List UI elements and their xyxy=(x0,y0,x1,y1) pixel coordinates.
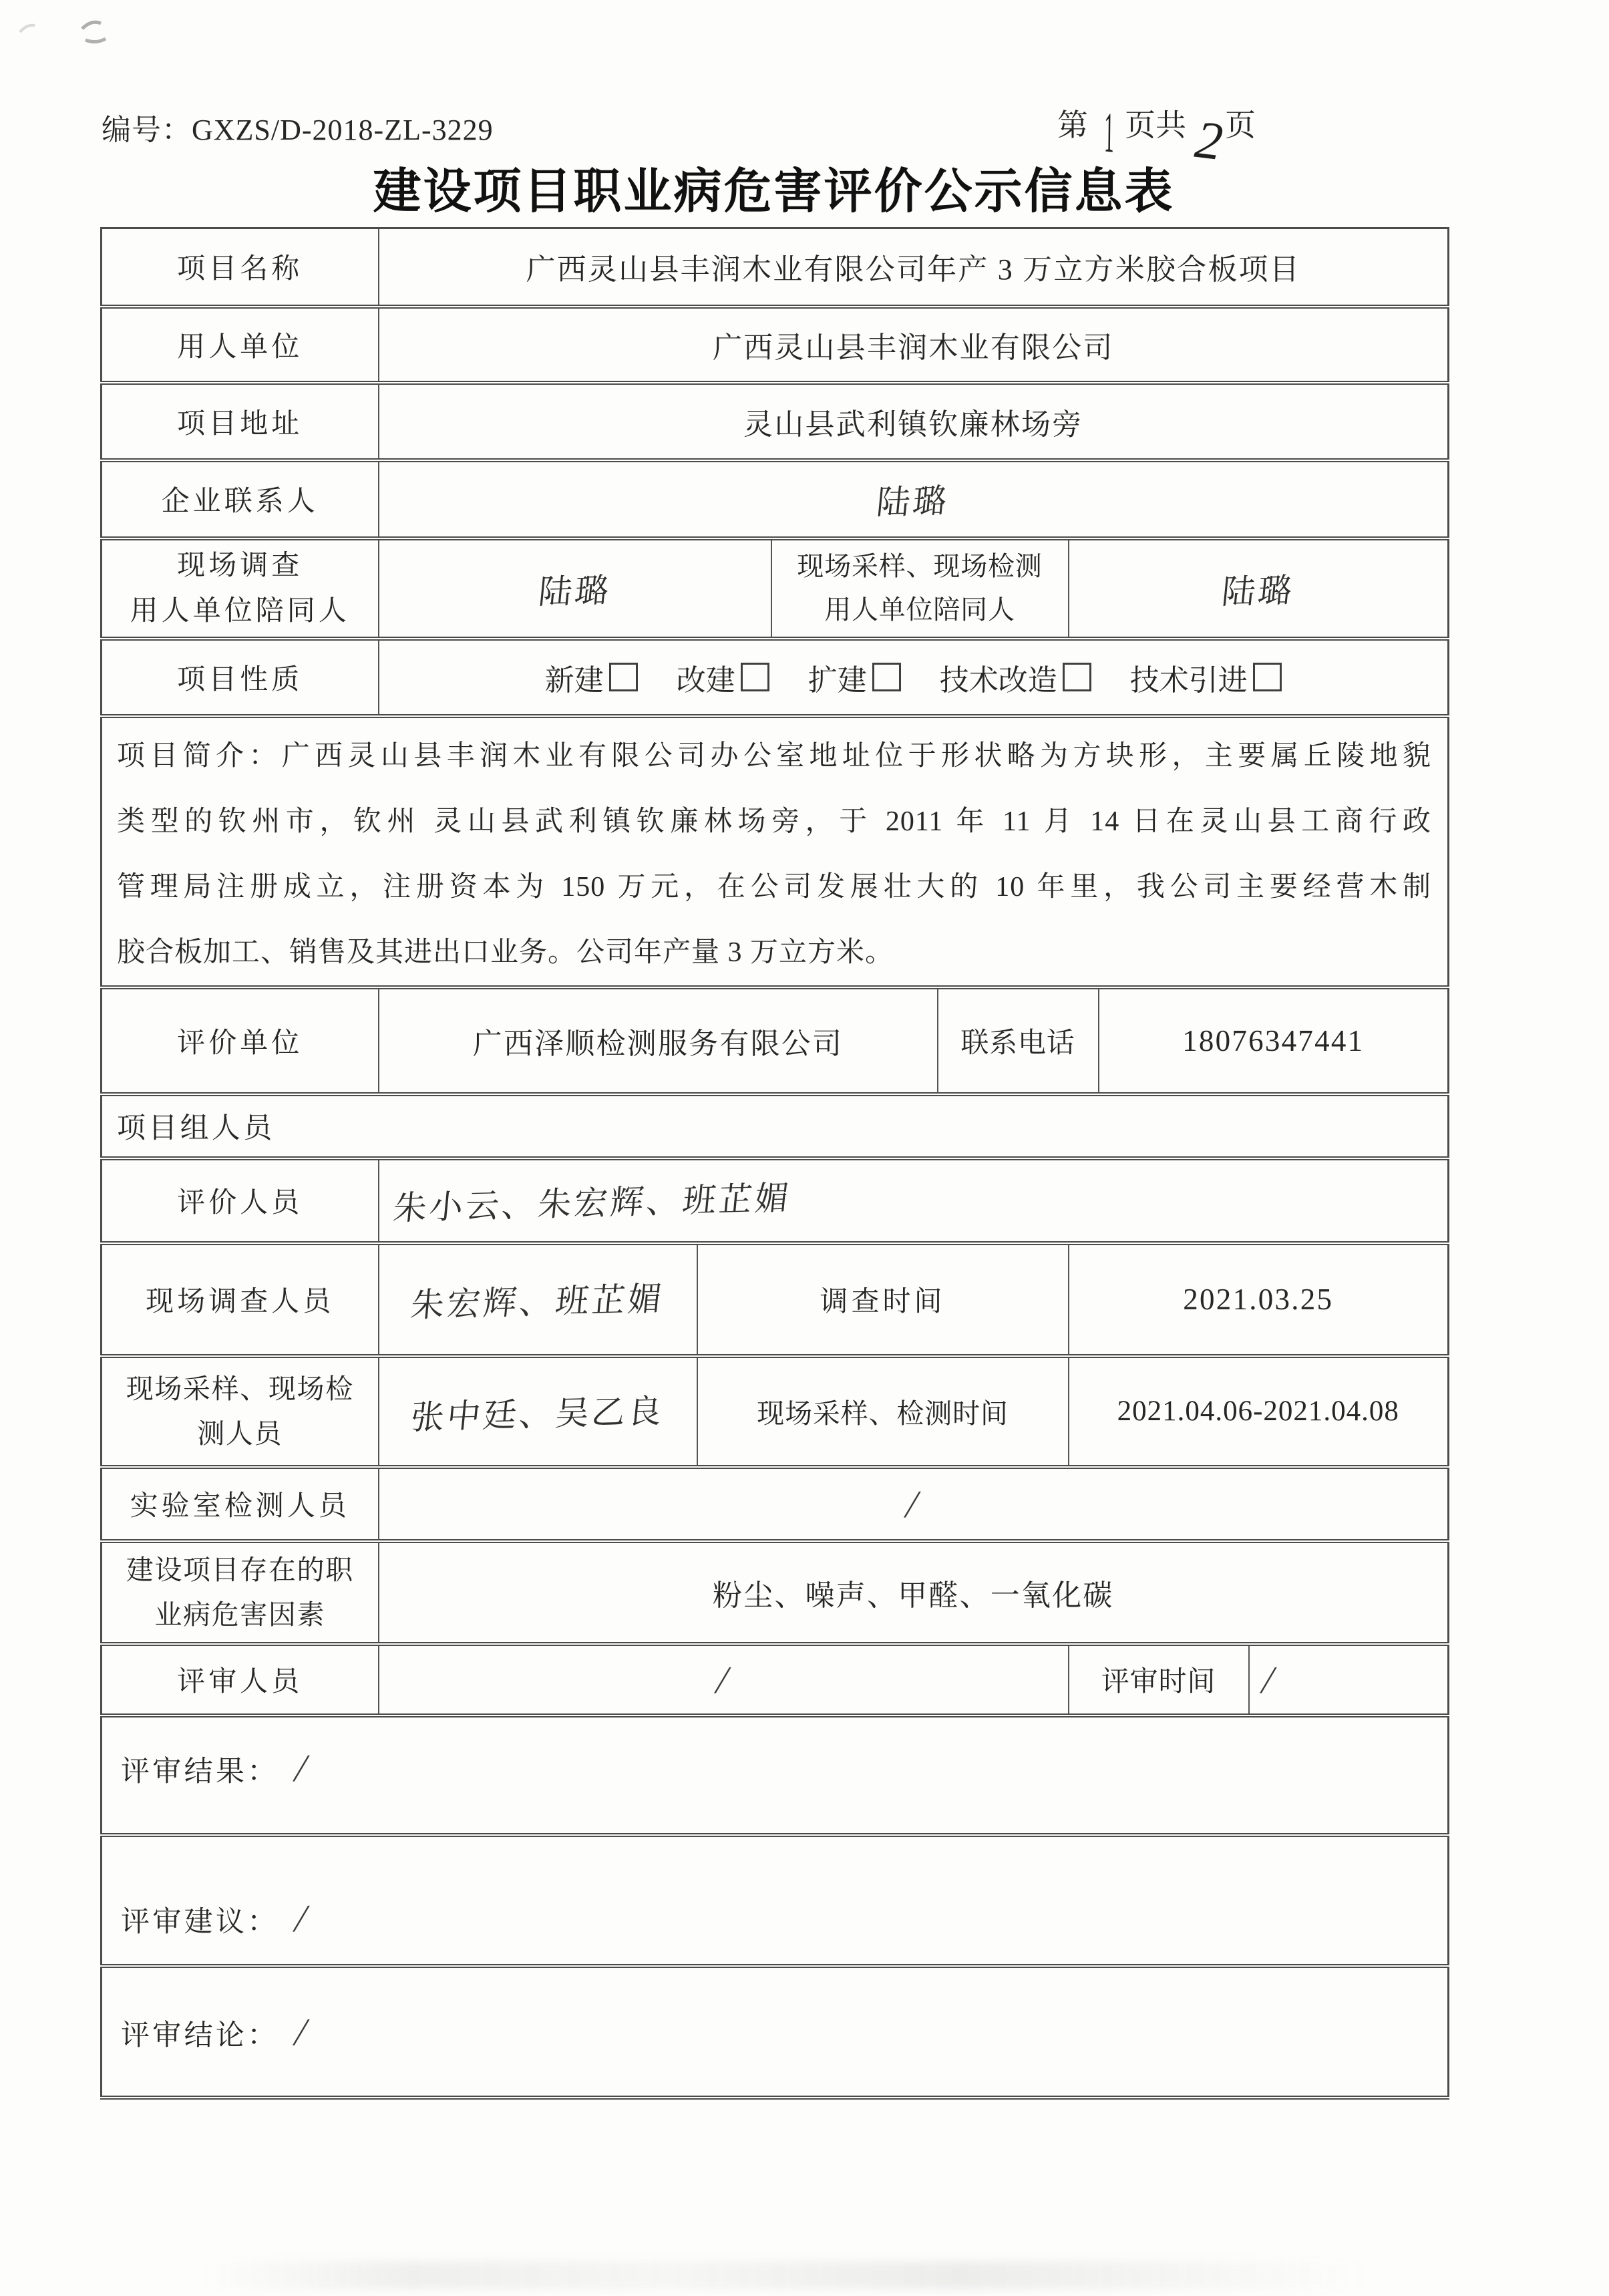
intro-line: 项目简介：广西灵山县丰润木业有限公司办公室地址位于形状略为方块形，主要属丘陵地貌 xyxy=(117,723,1431,789)
hazards-value: 粉尘、噪声、甲醛、一氧化碳 xyxy=(379,1541,1449,1644)
nature-option: 改建 xyxy=(677,656,769,699)
page-suffix: 页 xyxy=(1225,108,1256,142)
review-time-label: 评审时间 xyxy=(1069,1644,1249,1715)
row-review-advice: 评审建议： / xyxy=(102,1835,1449,1966)
sampling-staff-label-line1: 现场采样、现场检 xyxy=(109,1367,371,1411)
intro-paragraph: 项目简介：广西灵山县丰润木业有限公司办公室地址位于形状略为方块形，主要属丘陵地貌… xyxy=(102,716,1449,987)
intro-line: 管理局注册成立，注册资本为 150 万元，在公司发展壮大的 10 年里，我公司主… xyxy=(117,854,1431,920)
option-label: 技术改造 xyxy=(940,656,1057,699)
checkbox-icon xyxy=(1253,663,1282,691)
address-label: 项目地址 xyxy=(102,383,379,460)
row-sampling-staff: 现场采样、现场检 测人员 张中廷、吴乙良 现场采样、检测时间 2021.04.0… xyxy=(102,1356,1449,1467)
phone-label: 联系电话 xyxy=(938,987,1099,1094)
intro-line: 类型的钦州市，钦州 灵山县武利镇钦廉林场旁，于 2011 年 11 月 14 日… xyxy=(117,789,1431,854)
lab-staff-label: 实验室检测人员 xyxy=(102,1467,379,1541)
option-label: 改建 xyxy=(677,656,735,699)
scanner-noise xyxy=(200,2261,1369,2289)
escort-label-line2: 用人单位陪同人 xyxy=(109,589,371,634)
escort-handwritten2: 陆璐 xyxy=(1220,563,1296,613)
address-value: 灵山县武利镇钦廉林场旁 xyxy=(379,383,1449,460)
row-team-header: 项目组人员 xyxy=(102,1094,1449,1158)
escort-handwritten: 陆璐 xyxy=(536,563,613,613)
row-employer: 用人单位 广西灵山县丰润木业有限公司 xyxy=(102,307,1449,383)
nature-options: 新建 改建 扩建 技术改造 技术引进 xyxy=(379,639,1449,716)
checkbox-icon xyxy=(741,663,769,691)
row-review-conclusion: 评审结论： / xyxy=(102,1966,1449,2098)
lab-staff-slash-handwritten: / xyxy=(902,1482,925,1526)
row-eval-staff: 评价人员 朱小云、朱宏辉、班芷媚 xyxy=(102,1158,1449,1243)
intro-line: 胶合板加工、销售及其进出口业务。公司年产量 3 万立方米。 xyxy=(117,920,1431,985)
doc-number: 编号：GXZS/D-2018-ZL-3229 xyxy=(102,106,494,148)
page-prefix: 第 xyxy=(1057,108,1088,142)
checkbox-icon xyxy=(609,663,638,691)
page-title: 建设项目职业病危害评价公示信息表 xyxy=(100,152,1447,222)
survey-staff-label: 现场调查人员 xyxy=(102,1243,379,1356)
sampling-staff-label: 现场采样、现场检 测人员 xyxy=(102,1356,379,1467)
scanned-document-page: 编号：GXZS/D-2018-ZL-3229 第1页共2页 建设项目职业病危害评… xyxy=(0,0,1609,2296)
hazards-label-line1: 建设项目存在的职 xyxy=(109,1548,371,1592)
row-review-staff: 评审人员 / 评审时间 / xyxy=(102,1644,1449,1715)
nature-option: 技术引进 xyxy=(1130,656,1282,699)
review-time-slash-handwritten: / xyxy=(1257,1657,1280,1702)
escort-label-line1: 现场调查 xyxy=(109,543,371,589)
row-contact: 企业联系人 陆璐 xyxy=(102,460,1449,538)
option-label: 新建 xyxy=(545,656,604,699)
employer-label: 用人单位 xyxy=(102,307,379,383)
review-advice-cell: 评审建议： / xyxy=(102,1835,1449,1966)
row-hazards: 建设项目存在的职 业病危害因素 粉尘、噪声、甲醛、一氧化碳 xyxy=(102,1541,1449,1644)
review-advice-slash-handwritten: / xyxy=(290,1896,315,1941)
escort-label: 现场调查 用人单位陪同人 xyxy=(102,538,379,639)
row-review-result: 评审结果： / xyxy=(102,1715,1449,1835)
row-escort: 现场调查 用人单位陪同人 陆璐 现场采样、现场检测 用人单位陪同人 陆璐 xyxy=(102,538,1449,639)
sampling-time-label: 现场采样、检测时间 xyxy=(697,1356,1069,1467)
escort-value: 陆璐 xyxy=(379,538,771,639)
escort-label2-line2: 用人单位陪同人 xyxy=(779,589,1061,632)
option-label: 技术引进 xyxy=(1130,656,1248,699)
project-name-value: 广西灵山县丰润木业有限公司年产 3 万立方米胶合板项目 xyxy=(379,228,1449,307)
row-project-name: 项目名称 广西灵山县丰润木业有限公司年产 3 万立方米胶合板项目 xyxy=(102,228,1449,307)
escort-label2-line1: 现场采样、现场检测 xyxy=(779,545,1061,589)
eval-staff-handwritten: 朱小云、朱宏辉、班芷媚 xyxy=(391,1171,793,1230)
nature-label: 项目性质 xyxy=(102,639,379,716)
row-nature: 项目性质 新建 改建 扩建 技术改造 技术引进 xyxy=(102,639,1449,716)
lab-staff-value: / xyxy=(379,1467,1449,1541)
eval-staff-value: 朱小云、朱宏辉、班芷媚 xyxy=(379,1158,1449,1243)
row-address: 项目地址 灵山县武利镇钦廉林场旁 xyxy=(102,383,1449,460)
employer-value: 广西灵山县丰润木业有限公司 xyxy=(379,307,1449,383)
review-staff-label: 评审人员 xyxy=(102,1644,379,1715)
hazards-label: 建设项目存在的职 业病危害因素 xyxy=(102,1541,379,1644)
escort-value2: 陆璐 xyxy=(1069,538,1449,639)
phone-value: 18076347441 xyxy=(1099,987,1449,1094)
nature-option: 技术改造 xyxy=(940,656,1091,699)
sampling-time-value: 2021.04.06-2021.04.08 xyxy=(1069,1356,1449,1467)
contact-label: 企业联系人 xyxy=(102,460,379,538)
evaluator-value: 广西泽顺检测服务有限公司 xyxy=(379,987,938,1094)
eval-staff-label: 评价人员 xyxy=(102,1158,379,1243)
review-result-cell: 评审结果： / xyxy=(102,1715,1449,1835)
contact-handwritten: 陆璐 xyxy=(875,474,952,524)
review-advice-label: 评审建议： xyxy=(121,1907,279,1938)
nature-option: 扩建 xyxy=(808,656,901,699)
nature-option: 新建 xyxy=(545,656,638,699)
review-conclusion-slash-handwritten: / xyxy=(290,2009,315,2054)
sampling-staff-value: 张中廷、吴乙良 xyxy=(379,1356,697,1467)
scan-artifact xyxy=(19,5,126,106)
review-result-label: 评审结果： xyxy=(121,1756,279,1788)
row-survey-staff: 现场调查人员 朱宏辉、班芷媚 调查时间 2021.03.25 xyxy=(102,1243,1449,1356)
hazards-label-line2: 业病危害因素 xyxy=(109,1593,371,1637)
checkbox-icon xyxy=(872,663,901,691)
review-staff-value: / xyxy=(379,1644,1069,1715)
review-conclusion-cell: 评审结论： / xyxy=(102,1966,1449,2098)
team-header: 项目组人员 xyxy=(102,1094,1449,1158)
survey-staff-handwritten: 朱宏辉、班芷媚 xyxy=(409,1272,667,1327)
sampling-staff-label-line2: 测人员 xyxy=(109,1412,371,1456)
escort-label2: 现场采样、现场检测 用人单位陪同人 xyxy=(771,538,1069,639)
evaluator-label: 评价单位 xyxy=(102,987,379,1094)
review-conclusion-label: 评审结论： xyxy=(121,2020,279,2052)
review-result-slash-handwritten: / xyxy=(290,1746,315,1790)
option-label: 扩建 xyxy=(808,656,867,699)
contact-value: 陆璐 xyxy=(379,460,1449,538)
row-evaluator: 评价单位 广西泽顺检测服务有限公司 联系电话 18076347441 xyxy=(102,987,1449,1094)
project-name-label: 项目名称 xyxy=(102,228,379,307)
row-lab-staff: 实验室检测人员 / xyxy=(102,1467,1449,1541)
survey-time-value: 2021.03.25 xyxy=(1069,1243,1449,1356)
review-staff-slash-handwritten: / xyxy=(711,1657,735,1702)
review-time-value: / xyxy=(1249,1644,1449,1715)
row-intro: 项目简介：广西灵山县丰润木业有限公司办公室地址位于形状略为方块形，主要属丘陵地貌… xyxy=(102,716,1449,987)
survey-time-label: 调查时间 xyxy=(697,1243,1069,1356)
info-table: 项目名称 广西灵山县丰润木业有限公司年产 3 万立方米胶合板项目 用人单位 广西… xyxy=(100,227,1449,2100)
survey-staff-value: 朱宏辉、班芷媚 xyxy=(379,1243,697,1356)
sampling-staff-handwritten: 张中廷、吴乙良 xyxy=(409,1384,667,1439)
checkbox-icon xyxy=(1063,663,1091,691)
page-mid: 页共 xyxy=(1125,108,1186,142)
